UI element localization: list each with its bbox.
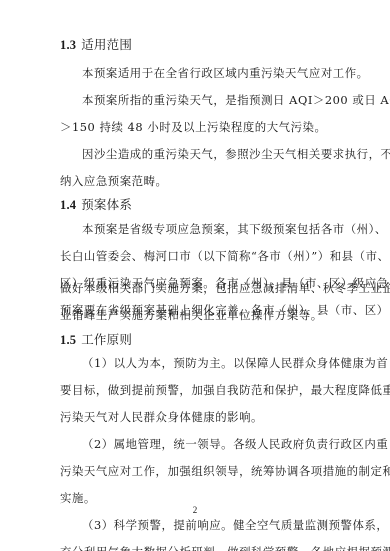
paragraph-line: 污染天气对人民群众身体健康的影响。 (60, 410, 332, 424)
paragraph-line: ＞150 持续 48 小时及以上污染程度的大气污染。 (60, 120, 332, 134)
document-page: 1.3适用范围 本预案适用于在全省行政区域内重污染天气应对工作。 本预案所指的重… (0, 0, 390, 551)
heading-number: 1.5 (60, 333, 76, 347)
heading-number: 1.4 (60, 198, 76, 212)
section-heading-1-5: 1.5工作原则 (60, 333, 332, 347)
paragraph-line: 本预案是省级专项应急预案，其下级预案包括各市（州）、 (82, 222, 332, 236)
paragraph-line: 本预案适用于在全省行政区域内重污染天气应对工作。 (82, 66, 354, 80)
paragraph-line: 要目标，做到提前预警，加强自我防范和保护，最大程度降低重 (60, 383, 332, 397)
paragraph-line: 因沙尘造成的重污染天气，参照沙尘天气相关要求执行，不 (82, 147, 332, 161)
heading-title: 工作原则 (81, 332, 132, 347)
paragraph-line: 污染天气应对工作，加强组织领导，统筹协调各项措施的制定和 (60, 464, 332, 478)
heading-number: 1.3 (60, 38, 76, 52)
page-number: 2 (0, 505, 390, 515)
paragraph-line: （1）以人为本，预防为主。以保障人民群众身体健康为首 (82, 356, 332, 370)
section-heading-1-3: 1.3适用范围 (60, 38, 332, 52)
paragraph-line: （3）科学预警，提前响应。健全空气质量监测预警体系， (82, 518, 332, 532)
heading-title: 适用范围 (81, 37, 132, 52)
paragraph-line: 业错峰生产实施方案和相关企业单位操作方案等。 (60, 308, 332, 322)
paragraph-line: 做好本级相关部门实施方案，包括应急减排清单、秋冬季工业企 (60, 281, 332, 295)
paragraph-line: 充分利用气象大数据分析研判，做到科学预警。各地应根据预测 (60, 545, 332, 551)
paragraph-line: （2）属地管理，统一领导。各级人民政府负责行政区内重 (82, 437, 332, 451)
paragraph-line: 实施。 (60, 491, 332, 505)
section-heading-1-4: 1.4预案体系 (60, 198, 332, 212)
heading-title: 预案体系 (81, 197, 132, 212)
paragraph-line: 长白山管委会、梅河口市（以下简称“各市（州）”）和县（市、 (60, 249, 332, 263)
paragraph-line: 纳入应急预案范畴。 (60, 174, 332, 188)
paragraph-line: 本预案所指的重污染天气，是指预测日 AQI＞200 或日 AQI (82, 93, 332, 107)
